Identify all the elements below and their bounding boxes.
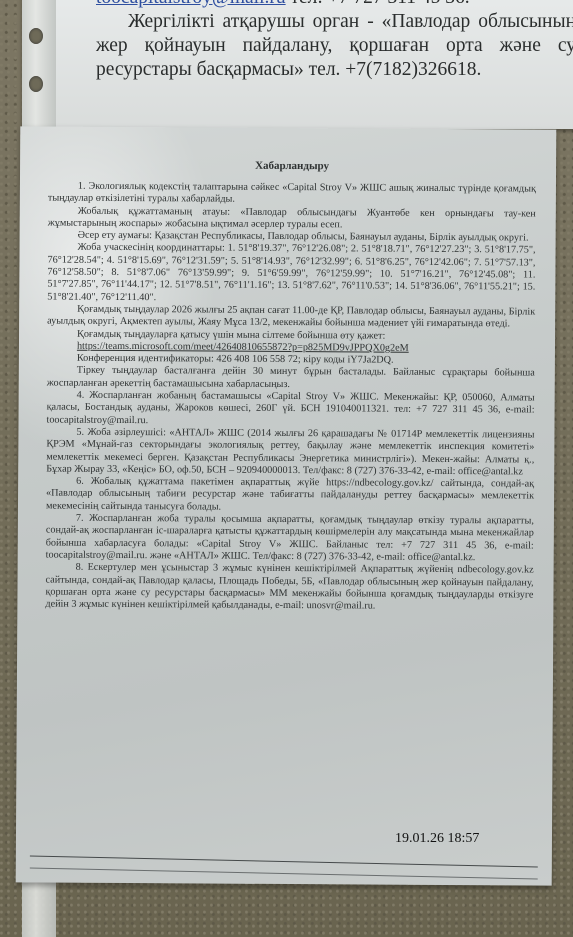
initiator-paragraph: 4. Жоспарланған жобаның бастамашысы «Cap… [46, 390, 534, 430]
coordinates-paragraph: Жоба учаскесінің координаттары: 1. 51°8'… [47, 242, 535, 306]
fold-line [30, 867, 538, 879]
developer-paragraph: 5. Жоба әзірлеушісі: «АНТАЛ» ЖШС (2014 ж… [46, 426, 534, 478]
punch-hole [29, 76, 43, 92]
comments-paragraph: 8. Ескертулер мен ұсыныстар 3 жұмыс күні… [45, 562, 533, 614]
paragraph: Тіркеу тыңдаулар басталғанға дейін 30 ми… [47, 365, 535, 393]
announcement-sheet: Хабарландыру 1. Экологиялық кодекстің та… [16, 126, 557, 885]
background-notice-text: toocapitalstroy@mail.ru тел: +7 727 311 … [96, 0, 573, 82]
contacts-paragraph: 7. Жоспарланған жоба туралы қосымша ақпа… [46, 513, 534, 565]
paragraph: 1. Экологиялық кодекстің талаптарына сәй… [48, 181, 536, 209]
authority-paragraph: Жергілікті атқарушы орган - «Павлодар об… [96, 10, 573, 82]
phone-text: тел: +7 727 311 45 36. [291, 0, 470, 8]
documents-paragraph: 6. Жобалық құжаттама пакетімен ақпаратты… [46, 476, 534, 516]
announcement-body: Хабарландыру 1. Экологиялық кодекстің та… [45, 167, 536, 614]
paragraph: Жобалық құжаттаманың атауы: «Павлодар об… [48, 205, 536, 233]
photo-timestamp: 19.01.26 18:57 [395, 831, 479, 847]
fold-line [30, 855, 538, 867]
punch-hole [29, 28, 43, 44]
email-link: toocapitalstroy@mail.ru [96, 0, 286, 8]
hearing-date-paragraph: Қоғамдық тыңдаулар 2026 жылғы 25 ақпан с… [47, 304, 535, 332]
